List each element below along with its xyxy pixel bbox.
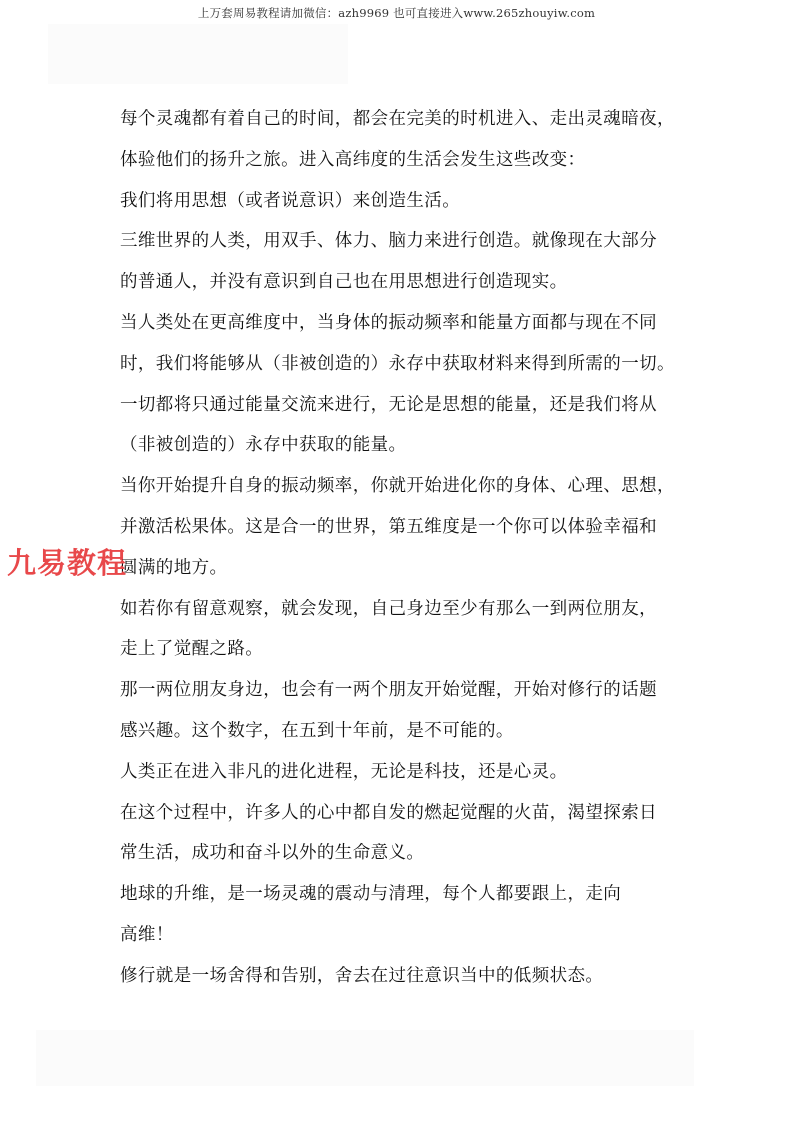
document-body: 每个灵魂都有着自己的时间，都会在完美的时机进入、走出灵魂暗夜， 体验他们的扬升之… [120, 99, 680, 997]
text-line: 每个灵魂都有着自己的时间，都会在完美的时机进入、走出灵魂暗夜， [120, 99, 680, 140]
text-line: 体验他们的扬升之旅。进入高纬度的生活会发生这些改变： [120, 140, 680, 181]
text-line: 感兴趣。这个数字，在五到十年前，是不可能的。 [120, 711, 680, 752]
text-line: （非被创造的）永存中获取的能量。 [120, 425, 680, 466]
text-line: 的普通人，并没有意识到自己也在用思想进行创造现实。 [120, 262, 680, 303]
text-line: 在这个过程中，许多人的心中都自发的燃起觉醒的火苗，渴望探索日 [120, 793, 680, 834]
text-line: 修行就是一场舍得和告别，舍去在过往意识当中的低频状态。 [120, 956, 680, 997]
text-line: 一切都将只通过能量交流来进行，无论是思想的能量，还是我们将从 [120, 385, 680, 426]
text-line: 如若你有留意观察，就会发现，自己身边至少有那么一到两位朋友， [120, 589, 680, 630]
header-banner: 上万套周易教程请加微信：azh9969 也可直接进入www.265zhouyiw… [0, 5, 793, 21]
text-line: 常生活，成功和奋斗以外的生命意义。 [120, 833, 680, 874]
text-line: 地球的升维，是一场灵魂的震动与清理，每个人都要跟上，走向 [120, 874, 680, 915]
text-line: 并激活松果体。这是合一的世界，第五维度是一个你可以体验幸福和 [120, 507, 680, 548]
text-line: 那一两位朋友身边，也会有一两个朋友开始觉醒，开始对修行的话题 [120, 670, 680, 711]
text-line: 走上了觉醒之路。 [120, 629, 680, 670]
text-line: 人类正在进入非凡的进化进程，无论是科技，还是心灵。 [120, 752, 680, 793]
text-line: 圆满的地方。 [120, 548, 680, 589]
text-line: 当人类处在更高维度中，当身体的振动频率和能量方面都与现在不同 [120, 303, 680, 344]
text-line: 我们将用思想（或者说意识）来创造生活。 [120, 181, 680, 222]
text-line: 时，我们将能够从（非被创造的）永存中获取材料来得到所需的一切。 [120, 344, 680, 385]
text-line: 三维世界的人类，用双手、体力、脑力来进行创造。就像现在大部分 [120, 221, 680, 262]
text-line: 高维！ [120, 915, 680, 956]
watermark-logo: 九易教程 [7, 541, 127, 582]
faded-block-top [48, 24, 348, 84]
text-line: 当你开始提升自身的振动频率，你就开始进化你的身体、心理、思想， [120, 466, 680, 507]
faded-block-bottom [36, 1030, 694, 1086]
